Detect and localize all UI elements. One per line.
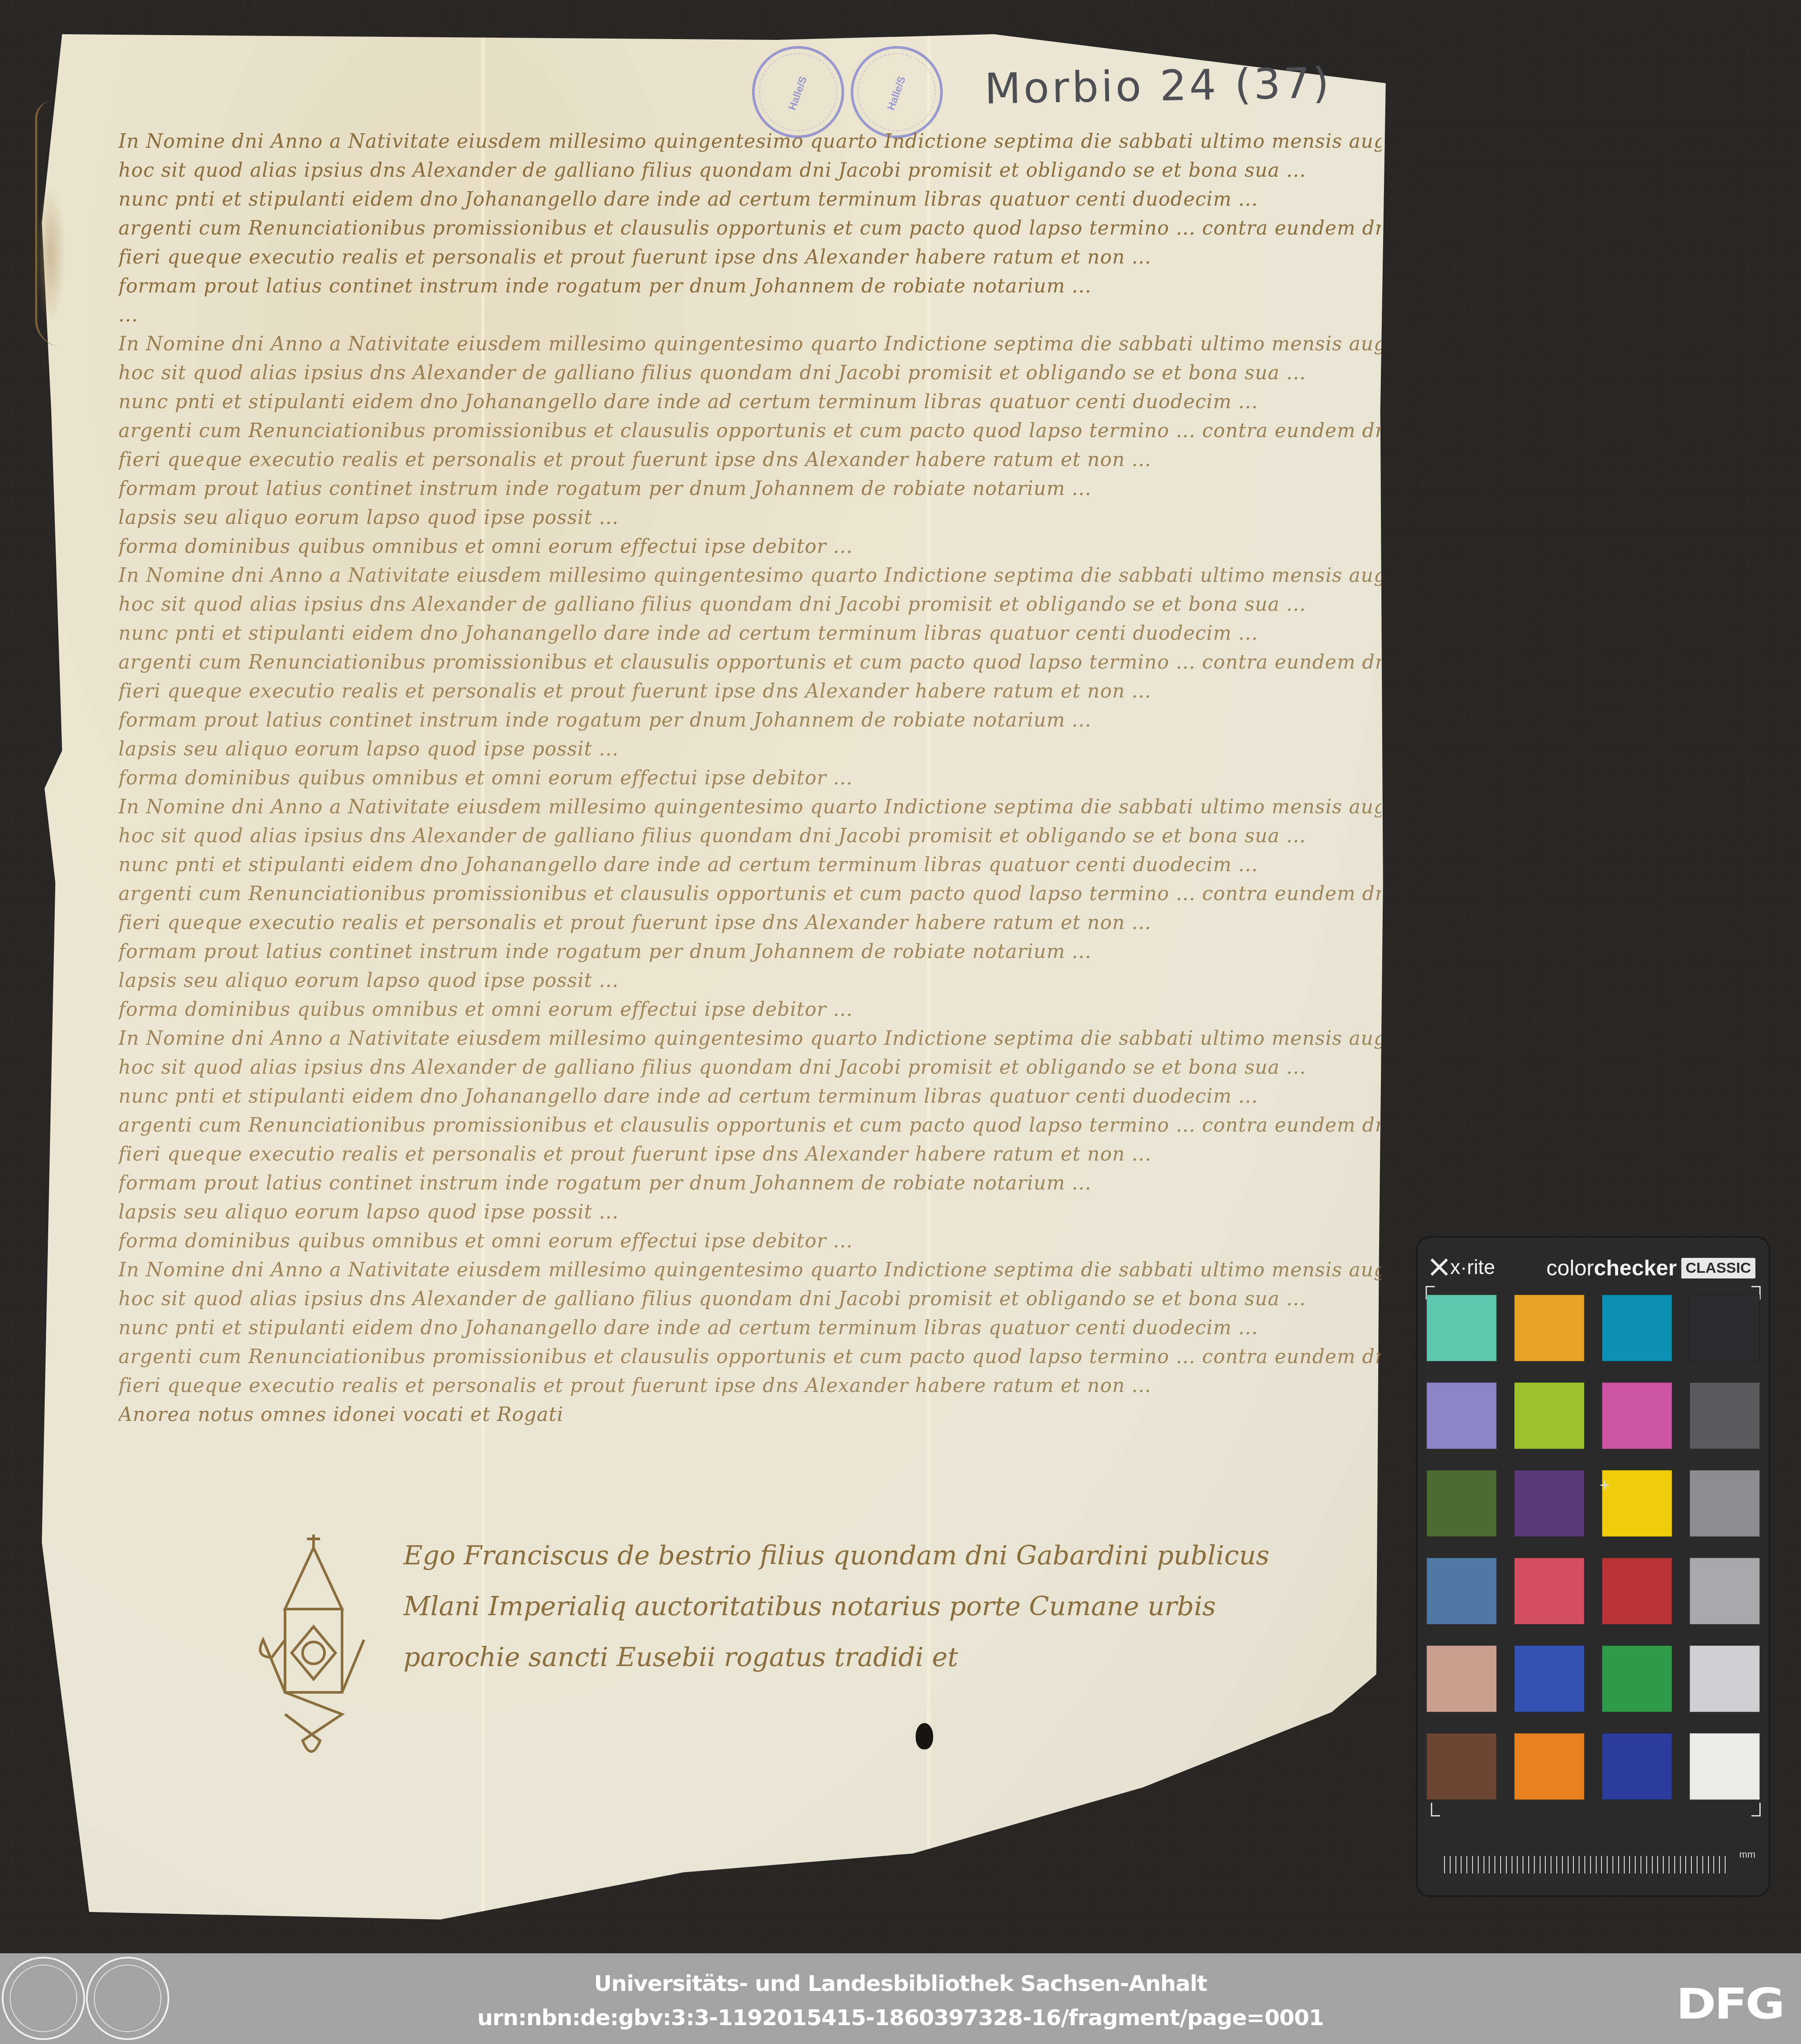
crosshair-icon: + — [1600, 1477, 1610, 1494]
brand-checker-text: checker — [1594, 1256, 1677, 1280]
parchment-hole — [916, 1723, 933, 1749]
color-patch — [1602, 1295, 1672, 1361]
color-patch — [1602, 1470, 1672, 1537]
manuscript-line: lapsis seu aliquo eorum lapso quod ipse … — [118, 503, 1381, 532]
notary-signum-icon — [254, 1526, 373, 1771]
manuscript-line: nunc pnti et stipulanti eidem dno Johana… — [118, 1082, 1381, 1111]
subscription-line: parochie sancti Eusebii rogatus tradidi … — [403, 1632, 1368, 1683]
manuscript-line: ... — [118, 301, 1381, 330]
color-patch — [1514, 1733, 1584, 1800]
urn-identifier: urn:nbn:de:gbv:3:3-1192015415-1860397328… — [0, 2005, 1801, 2030]
classic-badge: CLASSIC — [1681, 1258, 1755, 1278]
color-patch — [1427, 1733, 1497, 1800]
manuscript-line: forma dominibus quibus omnibus et omni e… — [118, 1227, 1381, 1256]
color-patch — [1602, 1733, 1672, 1800]
color-patch — [1427, 1645, 1497, 1712]
manuscript-line: formam prout latius continet instrum ind… — [118, 706, 1381, 735]
corner-mark — [1431, 1803, 1440, 1816]
manuscript-line: argenti cum Renunciationibus promissioni… — [118, 880, 1381, 908]
manuscript-line: hoc sit quod alias ipsius dns Alexander … — [118, 822, 1381, 851]
shelfmark-label: Morbio 24 (37) — [984, 58, 1332, 114]
color-patch — [1427, 1382, 1497, 1449]
notary-subscription: Ego Franciscus de bestrio filius quondam… — [403, 1530, 1368, 1683]
manuscript-line: fieri queque executio realis et personal… — [118, 1371, 1302, 1400]
manuscript-line: In Nomine dni Anno a Nativitate eiusdem … — [118, 793, 1381, 822]
xrite-x-icon — [1431, 1257, 1447, 1277]
mm-ruler — [1444, 1856, 1729, 1873]
manuscript-line: nunc pnti et stipulanti eidem dno Johana… — [118, 619, 1381, 648]
color-patch — [1602, 1558, 1672, 1624]
color-patch — [1427, 1470, 1497, 1537]
xrite-logo: x·rite — [1431, 1255, 1495, 1279]
manuscript-line: argenti cum Renunciationibus promissioni… — [118, 1342, 1381, 1371]
institution-name: Universitäts- und Landesbibliothek Sachs… — [0, 1971, 1801, 1996]
manuscript-line: forma dominibus quibus omnibus et omni e… — [118, 995, 1381, 1024]
manuscript-line: In Nomine dni Anno a Nativitate eiusdem … — [118, 1256, 1381, 1285]
manuscript-line: hoc sit quod alias ipsius dns Alexander … — [118, 590, 1381, 619]
color-patch — [1427, 1558, 1497, 1624]
color-patch — [1514, 1470, 1584, 1537]
color-patch — [1690, 1470, 1760, 1537]
color-patch — [1690, 1733, 1760, 1800]
color-patch — [1514, 1558, 1584, 1624]
manuscript-line: argenti cum Renunciationibus promissioni… — [118, 417, 1381, 445]
manuscript-line: formam prout latius continet instrum ind… — [118, 1169, 1381, 1198]
decorated-initial-i — [35, 101, 77, 346]
color-patch — [1602, 1382, 1672, 1449]
manuscript-line: fieri queque executio realis et personal… — [118, 1140, 1381, 1169]
manuscript-line: fieri queque executio realis et personal… — [118, 908, 1381, 937]
manuscript-line: argenti cum Renunciationibus promissioni… — [118, 1111, 1381, 1140]
manuscript-line: In Nomine dni Anno a Nativitate eiusdem … — [118, 561, 1381, 590]
manuscript-line: fieri queque executio realis et personal… — [118, 243, 1381, 272]
manuscript-line: lapsis seu aliquo eorum lapso quod ipse … — [118, 1198, 1381, 1227]
manuscript-line: argenti cum Renunciationibus promissioni… — [118, 214, 1381, 243]
color-checker-card: x·rite colorchecker CLASSIC + mm — [1418, 1238, 1769, 1895]
manuscript-line: nunc pnti et stipulanti eidem dno Johana… — [118, 851, 1381, 880]
manuscript-line: fieri queque executio realis et personal… — [118, 445, 1381, 474]
manuscript-line: In Nomine dni Anno a Nativitate eiusdem … — [118, 1024, 1381, 1053]
xrite-brand-text: x·rite — [1450, 1255, 1495, 1279]
color-patch — [1690, 1558, 1760, 1624]
manuscript-line: forma dominibus quibus omnibus et omni e… — [118, 532, 1381, 561]
manuscript-line: hoc sit quod alias ipsius dns Alexander … — [118, 1053, 1381, 1082]
manuscript-line: hoc sit quod alias ipsius dns Alexander … — [118, 156, 1381, 185]
manuscript-line: formam prout latius continet instrum ind… — [118, 474, 1381, 503]
footer-bar: Universitäts- und Landesbibliothek Sachs… — [0, 1953, 1801, 2044]
corner-mark — [1751, 1803, 1761, 1816]
color-patch — [1514, 1295, 1584, 1361]
manuscript-line: forma dominibus quibus omnibus et omni e… — [118, 764, 1381, 793]
ruler-unit-label: mm — [1739, 1849, 1755, 1860]
manuscript-line: hoc sit quod alias ipsius dns Alexander … — [118, 359, 1381, 388]
color-patch — [1690, 1382, 1760, 1449]
manuscript-line: fieri queque executio realis et personal… — [118, 677, 1381, 706]
manuscript-line: In Nomine dni Anno a Nativitate eiusdem … — [118, 330, 1381, 359]
manuscript-line: hoc sit quod alias ipsius dns Alexander … — [118, 1285, 1381, 1314]
library-stamp: Halle/S — [752, 46, 844, 138]
color-patch — [1427, 1295, 1497, 1361]
color-patch — [1602, 1645, 1672, 1712]
manuscript-line: argenti cum Renunciationibus promissioni… — [118, 648, 1381, 677]
manuscript-line: formam prout latius continet instrum ind… — [118, 272, 1381, 301]
manuscript-line: nunc pnti et stipulanti eidem dno Johana… — [118, 388, 1381, 417]
manuscript-line: nunc pnti et stipulanti eidem dno Johana… — [118, 1314, 1381, 1342]
color-patch — [1690, 1295, 1760, 1361]
checker-header: x·rite colorchecker CLASSIC — [1431, 1255, 1755, 1282]
manuscript-line: Anorea notus omnes idonei vocati et Roga… — [118, 1400, 1381, 1429]
color-patch — [1514, 1382, 1584, 1449]
dfg-logo: DFG — [1676, 1980, 1783, 2029]
color-patch-grid — [1427, 1295, 1760, 1800]
brand-color-text: color — [1546, 1256, 1594, 1280]
subscription-line: Mlani Imperialiq auctoritatibus notarius… — [403, 1581, 1368, 1632]
manuscript-line: nunc pnti et stipulanti eidem dno Johana… — [118, 185, 1381, 214]
manuscript-line: lapsis seu aliquo eorum lapso quod ipse … — [118, 735, 1381, 764]
colorchecker-logo: colorchecker CLASSIC — [1546, 1255, 1755, 1281]
manuscript-body: In Nomine dni Anno a Nativitate eiusdem … — [118, 127, 1381, 1429]
color-patch — [1514, 1645, 1584, 1712]
color-patch — [1690, 1645, 1760, 1712]
manuscript-line: In Nomine dni Anno a Nativitate eiusdem … — [118, 127, 1381, 156]
manuscript-line: lapsis seu aliquo eorum lapso quod ipse … — [118, 966, 1381, 995]
subscription-line: Ego Franciscus de bestrio filius quondam… — [403, 1530, 1368, 1581]
library-stamp: Halle/S — [851, 46, 943, 138]
manuscript-line: formam prout latius continet instrum ind… — [118, 937, 1381, 966]
